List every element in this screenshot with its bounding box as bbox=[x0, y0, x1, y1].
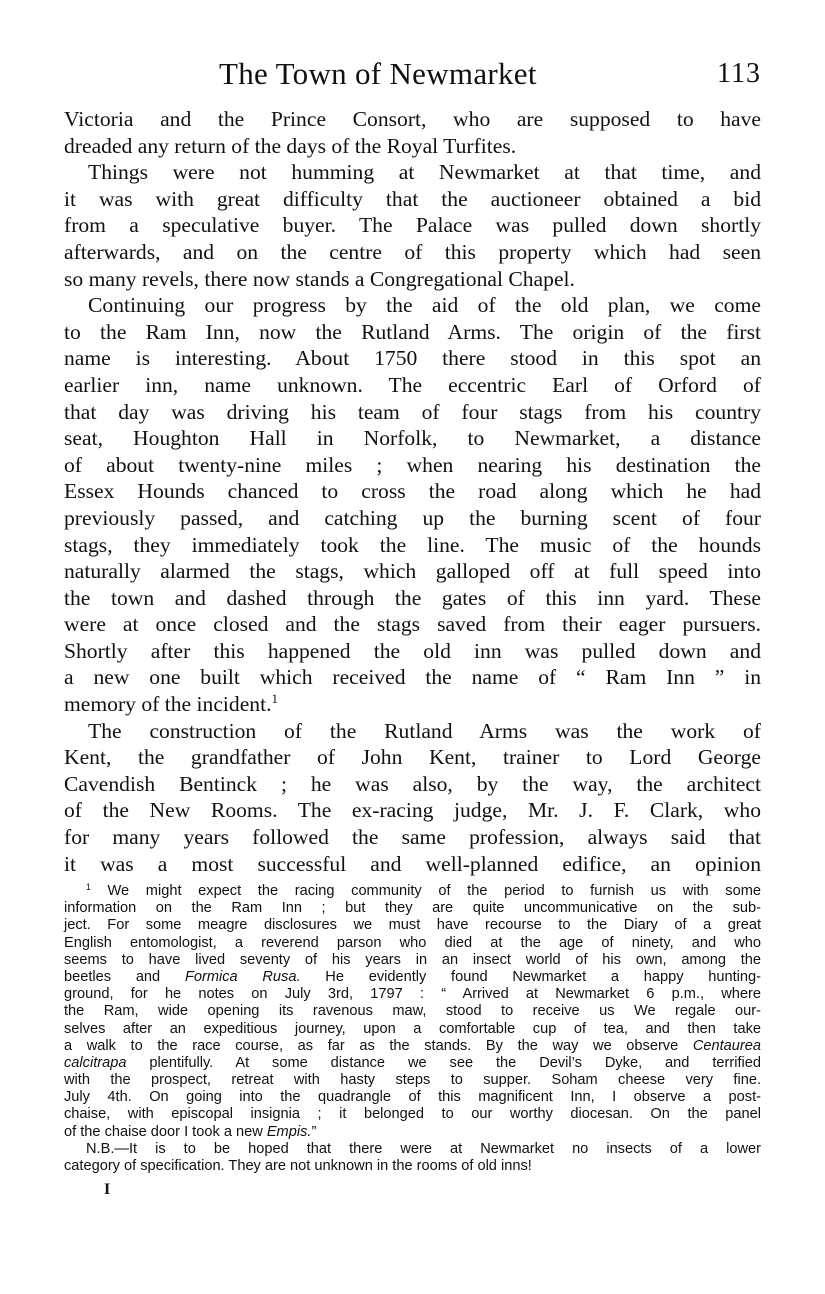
body-line: naturally alarmed the stags, which gallo… bbox=[64, 558, 761, 585]
body-line: Essex Hounds chanced to cross the road a… bbox=[64, 478, 761, 505]
footnote-line: beetles and Formica Rusa. He evidently f… bbox=[64, 969, 761, 986]
page-number: 113 bbox=[717, 58, 761, 90]
footnote-line: July 4th. On going into the quadrangle o… bbox=[64, 1089, 761, 1106]
page-header: The Town of Newmarket 113 bbox=[64, 56, 761, 96]
body-line: were at once closed and the stags saved … bbox=[64, 611, 761, 638]
footnote-line: of the chaise door I took a new Empis.” bbox=[64, 1124, 761, 1141]
footnote-line: selves after an expeditious journey, upo… bbox=[64, 1021, 761, 1038]
footnote-reference[interactable]: 1 bbox=[271, 691, 277, 706]
footnote-line: with the prospect, retreat with hasty st… bbox=[64, 1072, 761, 1089]
body-line: so many revels, there now stands a Congr… bbox=[64, 266, 761, 293]
body-line: earlier inn, name unknown. The eccentric… bbox=[64, 372, 761, 399]
footnote-line: the Ram, wide opening its ravenous maw, … bbox=[64, 1003, 761, 1020]
body-line: stags, they immediately took the line. T… bbox=[64, 532, 761, 559]
body-line: Shortly after this happened the old inn … bbox=[64, 638, 761, 665]
body-line: name is interesting. About 1750 there st… bbox=[64, 345, 761, 372]
body-line: for many years followed the same profess… bbox=[64, 824, 761, 851]
signature-mark: I bbox=[104, 1181, 110, 1199]
footnote-line: calcitrapa plentifully. At some distance… bbox=[64, 1055, 761, 1072]
footnote-line: N.B.—It is to be hoped that there were a… bbox=[64, 1141, 761, 1158]
footnote: 1 We might expect the racing community o… bbox=[64, 883, 761, 1175]
italic-term: calcitrapa bbox=[64, 1055, 126, 1071]
body-line-text: memory of the incident. bbox=[64, 692, 271, 716]
italic-term: Centaurea bbox=[693, 1038, 761, 1054]
body-line: Things were not humming at Newmarket at … bbox=[64, 159, 761, 186]
body-line: it was a most successful and well-planne… bbox=[64, 851, 761, 878]
body-line: The construction of the Rutland Arms was… bbox=[64, 718, 761, 745]
body-line: Victoria and the Prince Consort, who are… bbox=[64, 106, 761, 133]
footnote-line: a walk to the race course, as far as the… bbox=[64, 1038, 761, 1055]
body-text: Victoria and the Prince Consort, who are… bbox=[64, 106, 761, 877]
body-line: Continuing our progress by the aid of th… bbox=[64, 292, 761, 319]
footnote-line: chaise, with episcopal insignia ; it bel… bbox=[64, 1106, 761, 1123]
body-line: seat, Houghton Hall in Norfolk, to Newma… bbox=[64, 425, 761, 452]
body-line: from a speculative buyer. The Palace was… bbox=[64, 212, 761, 239]
body-line: it was with great difficulty that the au… bbox=[64, 186, 761, 213]
body-line: afterwards, and on the centre of this pr… bbox=[64, 239, 761, 266]
body-line: memory of the incident.1 bbox=[64, 691, 761, 718]
body-line: dreaded any return of the days of the Ro… bbox=[64, 133, 761, 160]
footnote-line: ground, for he notes on July 3rd, 1797 :… bbox=[64, 986, 761, 1003]
footnote-line: information on the Ram Inn ; but they ar… bbox=[64, 900, 761, 917]
footnote-line: category of specification. They are not … bbox=[64, 1158, 761, 1175]
body-line: to the Ram Inn, now the Rutland Arms. Th… bbox=[64, 319, 761, 346]
italic-term: Formica Rusa. bbox=[185, 969, 301, 985]
body-line: a new one built which received the name … bbox=[64, 664, 761, 691]
body-line: Kent, the grandfather of John Kent, trai… bbox=[64, 744, 761, 771]
footnote-line: English entomologist, a reverend parson … bbox=[64, 935, 761, 952]
body-line: that day was driving his team of four st… bbox=[64, 399, 761, 426]
body-line: previously passed, and catching up the b… bbox=[64, 505, 761, 532]
footnote-line: 1 We might expect the racing community o… bbox=[64, 883, 761, 900]
body-line: the town and dashed through the gates of… bbox=[64, 585, 761, 612]
footnote-line: ject. For some meagre disclosures we mus… bbox=[64, 917, 761, 934]
running-title: The Town of Newmarket bbox=[219, 56, 537, 92]
body-line: of the New Rooms. The ex-racing judge, M… bbox=[64, 797, 761, 824]
body-line: Cavendish Bentinck ; he was also, by the… bbox=[64, 771, 761, 798]
italic-term: Empis. bbox=[267, 1124, 312, 1140]
footnote-marker: 1 bbox=[86, 882, 91, 892]
footnote-line: seems to have lived seventy of his years… bbox=[64, 952, 761, 969]
body-line: of about twenty-nine miles ; when nearin… bbox=[64, 452, 761, 479]
